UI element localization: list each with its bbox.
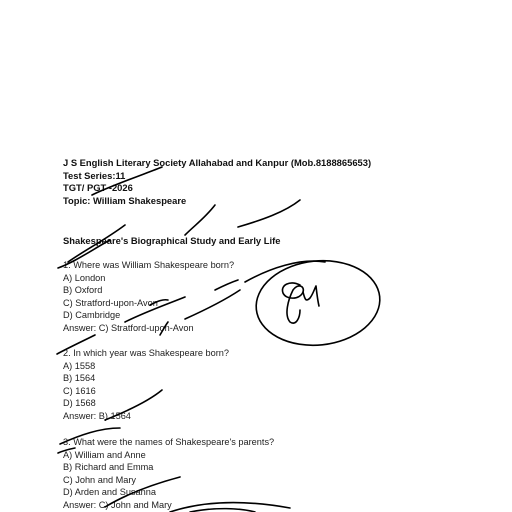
handwritten-text xyxy=(303,286,319,306)
question-text: 3. What were the names of Shakespeare's … xyxy=(63,436,274,449)
option: C) John and Mary xyxy=(63,474,274,487)
option: B) Richard and Emma xyxy=(63,461,274,474)
answer: Answer: C) John and Mary xyxy=(63,499,274,512)
option: C) 1616 xyxy=(63,385,229,398)
option: B) Oxford xyxy=(63,284,234,297)
question-text: 1. Where was William Shakespeare born? xyxy=(63,259,234,272)
topic: Topic: William Shakespeare xyxy=(63,195,371,208)
section-title: Shakespeare's Biographical Study and Ear… xyxy=(63,235,280,246)
answer: Answer: B) 1564 xyxy=(63,410,229,423)
document-header: J S English Literary Society Allahabad a… xyxy=(63,157,371,207)
option: B) 1564 xyxy=(63,372,229,385)
question-block: 3. What were the names of Shakespeare's … xyxy=(63,436,274,512)
ink-stroke xyxy=(245,261,325,282)
ink-stroke xyxy=(185,205,215,235)
question-block: 2. In which year was Shakespeare born? A… xyxy=(63,347,229,423)
circle-annotation xyxy=(252,255,384,352)
option: A) 1558 xyxy=(63,360,229,373)
option: A) London xyxy=(63,272,234,285)
exam-name: TGT/ PGT -2026 xyxy=(63,182,371,195)
option: A) William and Anne xyxy=(63,449,274,462)
option: D) 1568 xyxy=(63,397,229,410)
handwritten-text xyxy=(282,283,303,323)
society-name: J S English Literary Society Allahabad a… xyxy=(63,157,371,170)
test-series: Test Series:11 xyxy=(63,170,371,183)
option: C) Stratford-upon-Avon xyxy=(63,297,234,310)
option: D) Arden and Susanna xyxy=(63,486,274,499)
option: D) Cambridge xyxy=(63,309,234,322)
question-block: 1. Where was William Shakespeare born? A… xyxy=(63,259,234,335)
document-page: J S English Literary Society Allahabad a… xyxy=(0,0,512,512)
question-text: 2. In which year was Shakespeare born? xyxy=(63,347,229,360)
answer: Answer: C) Stratford-upon-Avon xyxy=(63,322,234,335)
